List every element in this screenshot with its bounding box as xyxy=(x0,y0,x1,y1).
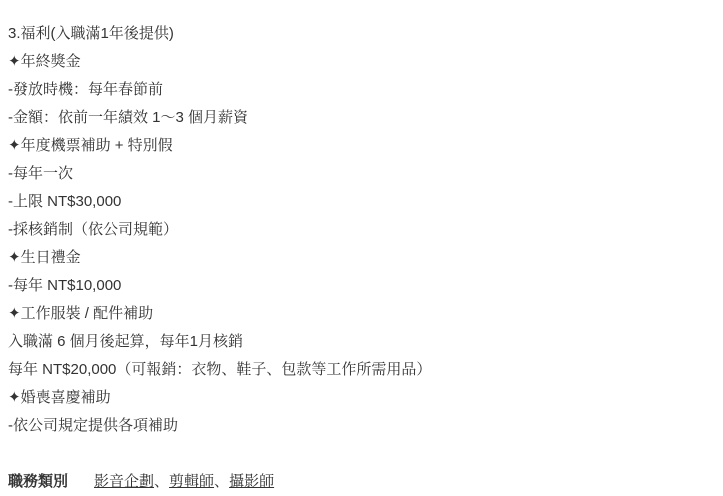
benefit-detail: -發放時機：每年春節前 xyxy=(8,76,431,104)
benefit-detail: 每年 NT$20,000（可報銷：衣物、鞋子、包款等工作所需用品） xyxy=(8,356,431,384)
job-category-row: 職務類別影音企劃、剪輯師、攝影師 xyxy=(8,468,431,487)
benefit-detail: -依公司規定提供各項補助 xyxy=(8,412,431,440)
separator: 、 xyxy=(214,473,229,487)
benefit-detail: -金額：依前一年績效 1～3 個月薪資 xyxy=(8,104,431,132)
benefit-detail: -採核銷制（依公司規範） xyxy=(8,216,431,244)
benefit-title-wedding-funeral: ✦婚喪喜慶補助 xyxy=(8,384,431,412)
job-category-label: 職務類別 xyxy=(8,468,94,487)
benefit-title-clothing: ✦工作服裝 / 配件補助 xyxy=(8,300,431,328)
benefit-title-year-end-bonus: ✦年終獎金 xyxy=(8,48,431,76)
benefit-detail: -上限 NT$30,000 xyxy=(8,188,431,216)
job-category-link-editor[interactable]: 剪輯師 xyxy=(169,473,214,487)
job-category-link-video-planning[interactable]: 影音企劃 xyxy=(94,473,154,487)
benefit-detail: -每年 NT$10,000 xyxy=(8,272,431,300)
welfare-heading: 3.福利(入職滿1年後提供) xyxy=(8,20,431,48)
benefit-detail: 入職滿 6 個月後起算，每年1月核銷 xyxy=(8,328,431,356)
separator: 、 xyxy=(154,473,169,487)
spacer xyxy=(8,440,431,468)
job-description-content: 3.福利(入職滿1年後提供) ✦年終獎金 -發放時機：每年春節前 -金額：依前一… xyxy=(8,20,431,487)
benefit-title-airfare: ✦年度機票補助 + 特別假 xyxy=(8,132,431,160)
benefit-title-birthday: ✦生日禮金 xyxy=(8,244,431,272)
job-category-link-photographer[interactable]: 攝影師 xyxy=(229,473,274,487)
benefit-detail: -每年一次 xyxy=(8,160,431,188)
